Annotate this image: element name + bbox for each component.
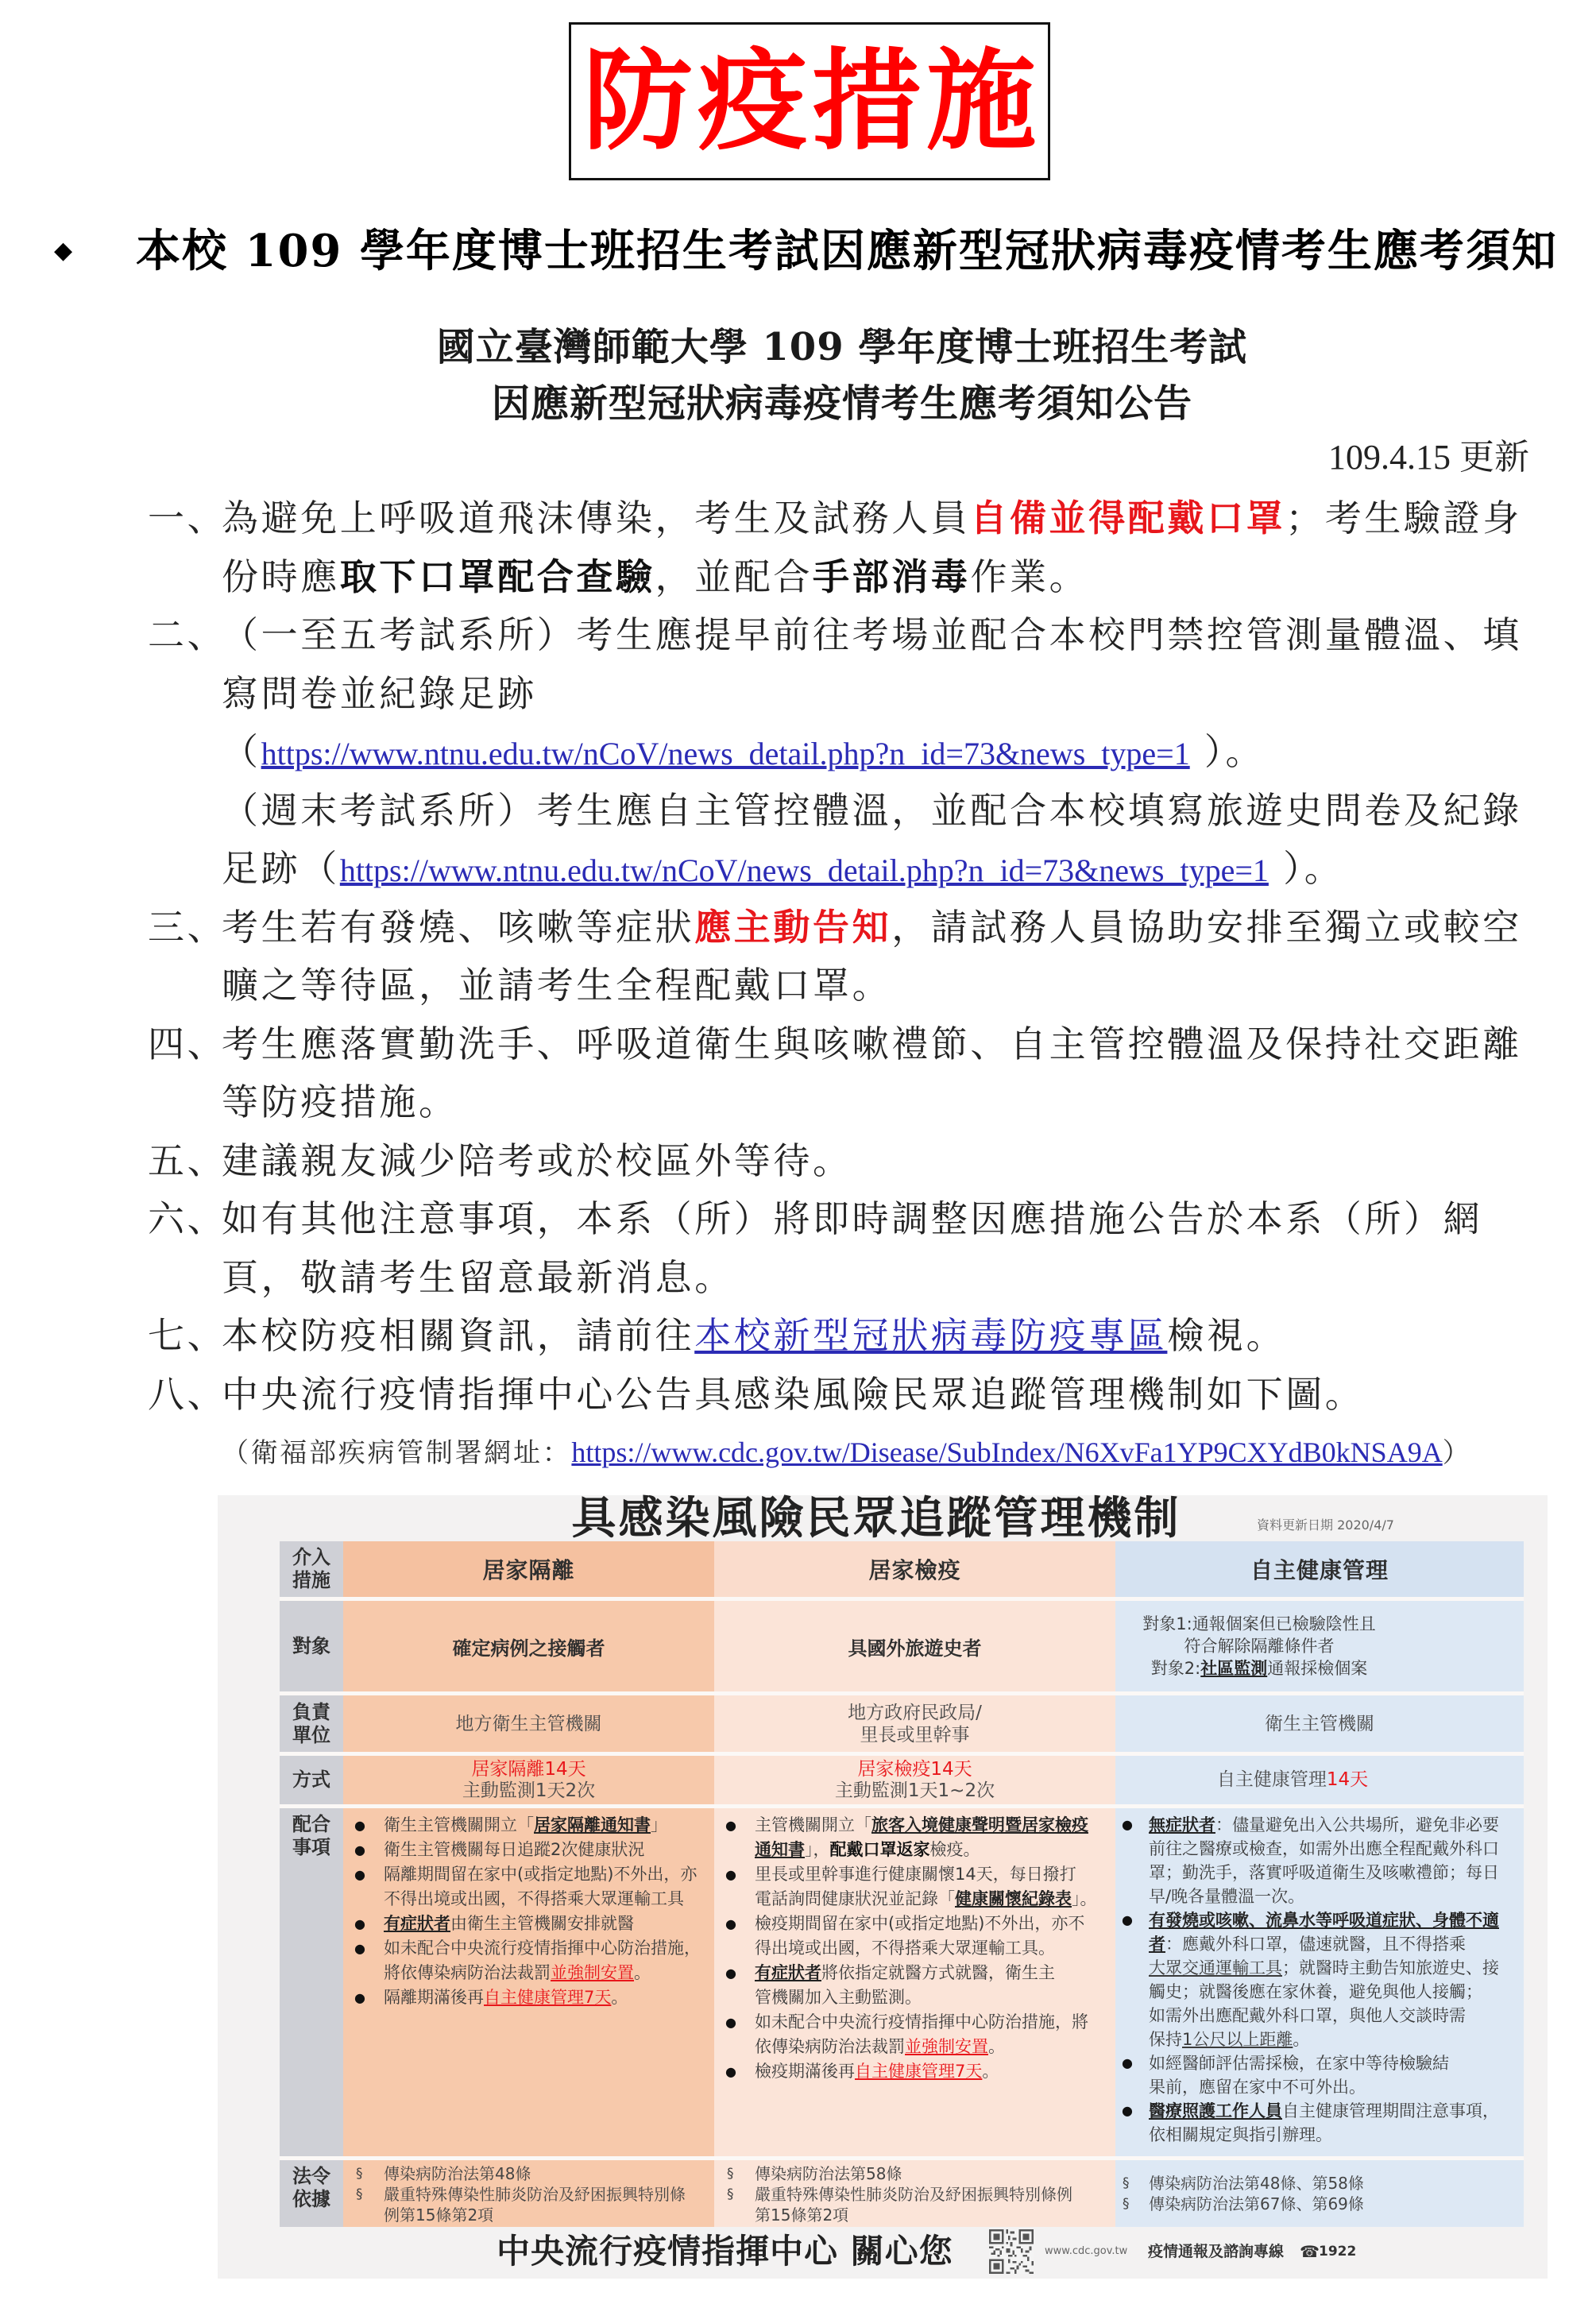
infographic-footer: 中央流行疫情指揮中心 關心您 www.cdc.gov.tw 疫情通報及諮詢專線 … bbox=[218, 2225, 1548, 2279]
bullet-dot-icon: ● bbox=[354, 1813, 365, 1838]
item-line: 本校防疫相關資訊，請前往本校新型冠狀病毒防疫專區檢視。 bbox=[222, 1307, 1285, 1366]
target-text: 對象2: bbox=[1151, 1659, 1200, 1678]
notice-item-2-continued: 寫問卷並紀錄足跡 bbox=[148, 665, 1546, 724]
note-emphasis: 有症狀者 bbox=[384, 1914, 450, 1933]
law-text: 傳染病防治法第48條 bbox=[384, 2163, 714, 2184]
note-text: 檢疫期滿後再 bbox=[755, 2062, 855, 2081]
notice-item-4-continued: 等防疫措施。 bbox=[148, 1073, 1546, 1132]
item-line: 考生應落實勤洗手、呼吸道衛生與咳嗽禮節、自主管控體溫及保持社交距離 bbox=[222, 1015, 1522, 1074]
item-marker: 一、 bbox=[148, 489, 226, 548]
item-text: ）。 bbox=[1190, 730, 1265, 773]
note-line: 得出境或出國，不得搭乘大眾運輸工具。 bbox=[755, 1936, 1115, 1961]
item-line: 如有其他注意事項，本系（所）將即時調整因應措施公告於本系（所）網 bbox=[222, 1190, 1482, 1249]
note-text: 衛生主管機關每日追蹤2次健康狀況 bbox=[384, 1840, 644, 1859]
note-line: 檢疫期滿後再自主健康管理7天。 bbox=[755, 2059, 1115, 2084]
note-text: 隔離期滿後再 bbox=[384, 1988, 484, 2007]
note-text: ） bbox=[1443, 1437, 1472, 1469]
label-text: 對象 bbox=[292, 1635, 330, 1658]
note-line: 隔離期滿後再自主健康管理7天。 bbox=[384, 1985, 714, 2010]
note-line: 觸史；就醫後應在家休養，避免與他人接觸； bbox=[1149, 1980, 1524, 2004]
item-line: 寫問卷並紀錄足跡 bbox=[222, 665, 537, 724]
note-line: 衛生主管機關開立「居家隔離通知書」 bbox=[384, 1813, 714, 1838]
note-line: 如需外出應配戴外科口罩，與他人交談時需 bbox=[1149, 2004, 1524, 2028]
note-bullet: ● 醫療照護工作人員自主健康管理期間注意事項， 依相關規定與指引辦理。 bbox=[1115, 2099, 1524, 2147]
item-marker: 四、 bbox=[148, 1015, 226, 1074]
label-text: 方式 bbox=[292, 1769, 330, 1792]
note-line: 電話詢問健康狀況並記錄「健康關懷紀錄表」。 bbox=[755, 1887, 1115, 1912]
law-quarantine: §傳染病防治法第58條 §嚴重特殊傳染性肺炎防治及紓困振興特別條例第15條第2項 bbox=[714, 2160, 1115, 2227]
item-text: （一至五考試系所）考生應提早前往考場並配合本校門禁控管測量體溫、填 bbox=[222, 613, 1522, 656]
note-line: 將依傳染病防治法裁罰並強制安置。 bbox=[384, 1961, 714, 1985]
method-quarantine: 居家檢疫14天主動監測1天1~2次 bbox=[714, 1756, 1115, 1804]
unit-text: 里長或里幹事 bbox=[860, 1724, 970, 1746]
bold-text: 手部消毒 bbox=[813, 555, 970, 598]
notice-updated-date: 109.4.15 更新 bbox=[1328, 429, 1529, 486]
method-text: 自主健康管理 bbox=[1217, 1769, 1327, 1790]
note-line: 罩；勤洗手，落實呼吸道衛生及咳嗽禮節；每日 bbox=[1149, 1861, 1524, 1885]
law-entry: §傳染病防治法第67條、第69條 bbox=[1115, 2194, 1524, 2214]
item-line: （週末考試系所）考生應自主管控體溫，並配合本校填寫旅遊史問卷及紀錄 bbox=[222, 782, 1522, 841]
note-line: 有症狀者由衛生主管機關安排就醫 bbox=[384, 1912, 714, 1936]
note-line: 無症狀者：儘量避免出入公共場所，避免非必要 bbox=[1149, 1813, 1524, 1837]
notes-isolation: ● 衛生主管機關開立「居家隔離通知書」 ● 衛生主管機關每日追蹤2次健康狀況 ●… bbox=[343, 1808, 714, 2156]
target-emphasis: 社區監測 bbox=[1200, 1659, 1267, 1678]
banner-title: 防疫措施 bbox=[578, 47, 1041, 157]
notice-item-5: 五、建議親友減少陪考或於校區外等待。 bbox=[148, 1132, 1546, 1191]
row-label-law: 法令依據 bbox=[280, 2160, 343, 2227]
row-label-target: 對象 bbox=[280, 1601, 343, 1691]
item-text: 本校防疫相關資訊，請前往 bbox=[222, 1314, 694, 1357]
item-line: 份時應取下口罩配合查驗，並配合手部消毒作業。 bbox=[222, 548, 1088, 607]
emphasis-text: 自備並得配戴口罩 bbox=[970, 497, 1285, 539]
notes-quarantine: ● 主管機關開立「旅客入境健康聲明暨居家檢疫 通知書」，配戴口罩返家檢疫。 ● … bbox=[714, 1808, 1115, 2156]
note-line: 管機關加入主動監測。 bbox=[755, 1985, 1115, 2010]
note-text: 。 bbox=[1293, 2030, 1309, 2049]
section-heading: ◆ 本校 109 學年度博士班招生考試因應新型冠狀病毒疫情考生應考須知 bbox=[0, 219, 1596, 283]
note-text: 保持 bbox=[1149, 2030, 1182, 2049]
item-marker: 三、 bbox=[148, 899, 226, 957]
diamond-bullet-icon: ◆ bbox=[54, 219, 72, 283]
target-text: 確定病例之接觸者 bbox=[453, 1633, 605, 1660]
notice-item-6: 六、如有其他注意事項，本系（所）將即時調整因應措施公告於本系（所）網 bbox=[148, 1190, 1546, 1249]
phone-icon: ☎ bbox=[1300, 2225, 1320, 2279]
ntnu-ncov-link[interactable]: https://www.ntnu.edu.tw/nCoV/news_detail… bbox=[261, 736, 1190, 771]
bullet-dot-icon: ● bbox=[1122, 1908, 1133, 1932]
note-bullet: ● 有發燒或咳嗽、流鼻水等呼吸道症狀、身體不適 者：應戴外科口罩，儘速就醫，且不… bbox=[1115, 1908, 1524, 2051]
note-text: 檢疫。 bbox=[930, 1840, 980, 1859]
item-text: 建議親友減少陪考或於校區外等待。 bbox=[222, 1139, 852, 1182]
item-line: 考生若有發燒、咳嗽等症狀應主動告知，請試務人員協助安排至獨立或較空 bbox=[222, 899, 1522, 957]
note-red-emphasis: 自主健康管理7天 bbox=[484, 1988, 611, 2007]
note-underline: 1公尺以上距離 bbox=[1182, 2030, 1293, 2049]
note-underline: 大眾交通運輸工具 bbox=[1149, 1958, 1282, 1977]
unit-self-health: 衛生主管機關 bbox=[1115, 1695, 1524, 1752]
note-text: 」。 bbox=[1072, 1889, 1097, 1908]
note-line: 有症狀者將依指定就醫方式就醫，衛生主 bbox=[755, 1961, 1115, 1985]
infographic-updated-date: 資料更新日期 2020/4/7 bbox=[1257, 1517, 1394, 1533]
note-emphasis: 有發燒或咳嗽、流鼻水等呼吸道症狀、身體不適 bbox=[1149, 1911, 1499, 1930]
note-text: 電話詢問健康狀況並記錄「 bbox=[755, 1889, 955, 1908]
notice-item-7: 七、本校防疫相關資訊，請前往本校新型冠狀病毒防疫專區檢視。 bbox=[148, 1307, 1546, 1366]
note-red-emphasis: 並強制安置 bbox=[905, 2037, 988, 2056]
note-text: 如需外出應配戴外科口罩，與他人交談時需 bbox=[1149, 2006, 1466, 2025]
note-line: 通知書」，配戴口罩返家檢疫。 bbox=[755, 1838, 1115, 1862]
notice-item-2-continued: （週末考試系所）考生應自主管控體溫，並配合本校填寫旅遊史問卷及紀錄 bbox=[148, 782, 1546, 841]
note-line: 如未配合中央流行疫情指揮中心防治措施，將 bbox=[755, 2010, 1115, 2035]
law-text: 嚴重特殊傳染性肺炎防治及紓困振興特別條例 bbox=[755, 2184, 1115, 2205]
item-text: 如有其他注意事項，本系（所）將即時調整因應措施公告於本系（所）網 bbox=[222, 1197, 1482, 1240]
bullet-dot-icon: ● bbox=[1122, 2051, 1133, 2075]
law-entry: §傳染病防治法第48條 bbox=[343, 2163, 714, 2184]
note-bullet: ● 主管機關開立「旅客入境健康聲明暨居家檢疫 通知書」，配戴口罩返家檢疫。 bbox=[714, 1813, 1115, 1862]
column-title: 自主健康管理 bbox=[1250, 1553, 1389, 1585]
note-line: 依傳染病防治法裁罰並強制安置。 bbox=[755, 2035, 1115, 2059]
note-text: 如未配合中央流行疫情指揮中心防治措施，將 bbox=[755, 2012, 1088, 2031]
note-bullet: ● 隔離期滿後再自主健康管理7天。 bbox=[343, 1985, 714, 2010]
label-text: 介入 bbox=[292, 1546, 330, 1569]
note-text: 果前，應留在家中不可外出。 bbox=[1149, 2078, 1366, 2097]
note-line: 如經醫師評估需採檢，在家中等待檢驗結 bbox=[1149, 2051, 1524, 2075]
law-entry: §嚴重特殊傳染性肺炎防治及紓困振興特別條例第15條第2項 bbox=[714, 2184, 1115, 2225]
label-text: 依據 bbox=[292, 2188, 330, 2211]
law-isolation: §傳染病防治法第48條 §嚴重特殊傳染性肺炎防治及紓困振興特別條例第15條第2項 bbox=[343, 2160, 714, 2227]
note-text: 將依指定就醫方式就醫，衛生主 bbox=[821, 1963, 1055, 1982]
item-text: 為避免上呼吸道飛沫傳染，考生及試務人員 bbox=[222, 497, 970, 539]
row-label-notes: 配合事項 bbox=[280, 1808, 343, 2156]
item-line: 中央流行疫情指揮中心公告具感染風險民眾追蹤管理機制如下圖。 bbox=[222, 1366, 1364, 1425]
note-emphasis: 健康關懷紀錄表 bbox=[955, 1889, 1072, 1908]
note-bullet: ● 檢疫期滿後再自主健康管理7天。 bbox=[714, 2059, 1115, 2084]
method-detail: 主動監測1天1~2次 bbox=[835, 1780, 995, 1802]
note-emphasis: 者 bbox=[1149, 1935, 1165, 1954]
notice-item-6-continued: 頁，敬請考生留意最新消息。 bbox=[148, 1249, 1546, 1308]
note-bullet: ● 檢疫期間留在家中(或指定地點)不外出，亦不 得出境或出國，不得搭乘大眾運輸工… bbox=[714, 1912, 1115, 1961]
note-line: 者：應戴外科口罩，儘速就醫，且不得搭乘 bbox=[1149, 1932, 1524, 1956]
note-text: 依相關規定與指引辦理。 bbox=[1149, 2125, 1332, 2144]
cdc-source-note: （衛福部疾病管制署網址：https://www.cdc.gov.tw/Disea… bbox=[148, 1424, 1546, 1483]
unit-quarantine: 地方政府民政局/里長或里幹事 bbox=[714, 1695, 1115, 1752]
note-red-emphasis: 並強制安置 bbox=[551, 1963, 634, 1982]
ntnu-ncov-link-weekend[interactable]: https://www.ntnu.edu.tw/nCoV/news_detail… bbox=[340, 852, 1269, 888]
note-text: 依傳染病防治法裁罰 bbox=[755, 2037, 905, 2056]
note-text: 將依傳染病防治法裁罰 bbox=[384, 1963, 551, 1982]
note-line: 主管機關開立「旅客入境健康聲明暨居家檢疫 bbox=[755, 1813, 1115, 1838]
cdc-link[interactable]: https://www.cdc.gov.tw/Disease/SubIndex/… bbox=[571, 1436, 1442, 1468]
note-line: 隔離期間留在家中(或指定地點)不外出，亦 bbox=[384, 1862, 714, 1887]
note-line: （衛福部疾病管制署網址：https://www.cdc.gov.tw/Disea… bbox=[222, 1424, 1471, 1483]
notice-item-3-continued: 曠之等待區，並請考生全程配戴口罩。 bbox=[148, 957, 1546, 1015]
notice-item-2: 二、（一至五考試系所）考生應提早前往考場並配合本校門禁控管測量體溫、填 bbox=[148, 606, 1546, 665]
item-line: 頁，敬請考生留意最新消息。 bbox=[222, 1249, 734, 1308]
unit-isolation: 地方衛生主管機關 bbox=[343, 1695, 714, 1752]
bullet-dot-icon: ● bbox=[354, 1936, 365, 1961]
item-text: 寫問卷並紀錄足跡 bbox=[222, 672, 537, 715]
law-text: 嚴重特殊傳染性肺炎防治及紓困振興特別條 bbox=[384, 2184, 714, 2205]
method-isolation: 居家隔離14天主動監測1天2次 bbox=[343, 1756, 714, 1804]
item-text: ）。 bbox=[1269, 847, 1343, 890]
law-entry: §傳染病防治法第58條 bbox=[714, 2163, 1115, 2184]
column-title: 居家隔離 bbox=[482, 1553, 574, 1585]
item-line: 曠之等待區，並請考生全程配戴口罩。 bbox=[222, 957, 891, 1015]
item-text: 檢視。 bbox=[1167, 1314, 1285, 1357]
note-line: 如未配合中央流行疫情指揮中心防治措施， bbox=[384, 1936, 714, 1961]
note-bullet: ● 有症狀者由衛生主管機關安排就醫 bbox=[343, 1912, 714, 1936]
method-highlight: 居家檢疫14天 bbox=[857, 1759, 972, 1780]
column-header-quarantine: 居家檢疫 bbox=[714, 1541, 1115, 1597]
note-bullet: ● 隔離期間留在家中(或指定地點)不外出，亦 不得出境或出國，不得搭乘大眾運輸工… bbox=[343, 1862, 714, 1912]
note-line: 大眾交通運輸工具；就醫時主動告知旅遊史、接 bbox=[1149, 1956, 1524, 1980]
note-text: 得出境或出國，不得搭乘大眾運輸工具。 bbox=[755, 1939, 1055, 1958]
note-text: 由衛生主管機關安排就醫 bbox=[450, 1914, 634, 1933]
note-text: ：應戴外科口罩，儘速就醫，且不得搭乘 bbox=[1165, 1935, 1466, 1954]
bullet-dot-icon: ● bbox=[1122, 1813, 1133, 1837]
note-bullet: ● 有症狀者將依指定就醫方式就醫，衛生主 管機關加入主動監測。 bbox=[714, 1961, 1115, 2010]
note-red-emphasis: 自主健康管理7天 bbox=[855, 2062, 982, 2081]
note-line: 檢疫期間留在家中(或指定地點)不外出，亦不 bbox=[755, 1912, 1115, 1936]
notice-item-2-link-line: 足跡（https://www.ntnu.edu.tw/nCoV/news_det… bbox=[148, 840, 1546, 899]
item-text: 作業。 bbox=[970, 555, 1088, 598]
law-entry: §嚴重特殊傳染性肺炎防治及紓困振興特別條例第15條第2項 bbox=[343, 2184, 714, 2225]
bullet-dot-icon: ● bbox=[354, 1862, 365, 1887]
note-text: 觸史；就醫後應在家休養，避免與他人接觸； bbox=[1149, 1982, 1482, 2001]
note-emphasis: 通知書 bbox=[755, 1840, 805, 1859]
bullet-dot-icon: ● bbox=[354, 1912, 365, 1936]
unit-text: 衛生主管機關 bbox=[1265, 1713, 1374, 1735]
item-text: 足跡（ bbox=[222, 847, 340, 890]
note-line: 醫療照護工作人員自主健康管理期間注意事項， bbox=[1149, 2099, 1524, 2123]
method-line: 自主健康管理14天 bbox=[1217, 1769, 1368, 1791]
item-line: （https://www.ntnu.edu.tw/nCoV/news_detai… bbox=[222, 723, 1265, 783]
note-bullet: ● 如經醫師評估需採檢，在家中等待檢驗結 果前，應留在家中不可外出。 bbox=[1115, 2051, 1524, 2099]
notice-item-8: 八、中央流行疫情指揮中心公告具感染風險民眾追蹤管理機制如下圖。 bbox=[148, 1366, 1546, 1425]
note-emphasis: 居家隔離通知書 bbox=[534, 1815, 651, 1834]
note-line: 保持1公尺以上距離。 bbox=[1149, 2028, 1524, 2051]
note-bullet: ● 如未配合中央流行疫情指揮中心防治措施， 將依傳染病防治法裁罰並強制安置。 bbox=[343, 1936, 714, 1985]
method-highlight: 14天 bbox=[1327, 1769, 1368, 1790]
notice-item-1-continued: 份時應取下口罩配合查驗，並配合手部消毒作業。 bbox=[148, 548, 1546, 607]
note-text: 。 bbox=[634, 1963, 651, 1982]
notice-title-line-2: 因應新型冠狀病毒疫情考生應考須知公告 bbox=[148, 376, 1536, 431]
item-text: ，請試務人員協助安排至獨立或較空 bbox=[891, 906, 1522, 949]
bullet-dot-icon: ● bbox=[725, 1862, 736, 1887]
note-bullet: ● 如未配合中央流行疫情指揮中心防治措施，將 依傳染病防治法裁罰並強制安置。 bbox=[714, 2010, 1115, 2059]
notice-items: 一、為避免上呼吸道飛沫傳染，考生及試務人員自備並得配戴口罩；考生驗證身 份時應取… bbox=[148, 489, 1546, 1483]
note-text: 。 bbox=[611, 1988, 628, 2007]
item-text: ；考生驗證身 bbox=[1285, 497, 1522, 539]
section-mark-icon: § bbox=[727, 2163, 734, 2184]
hotline-number: 1922 bbox=[1319, 2225, 1356, 2279]
method-highlight: 居家隔離14天 bbox=[471, 1759, 585, 1780]
note-text: 」， bbox=[805, 1840, 830, 1859]
item-text: 考生應落實勤洗手、呼吸道衛生與咳嗽禮節、自主管控體溫及保持社交距離 bbox=[222, 1022, 1522, 1065]
notes-self-health: ● 無症狀者：儘量避免出入公共場所，避免非必要 前往之醫療或檢查，如需外出應全程… bbox=[1115, 1808, 1524, 2156]
row-label-measure: 介入措施 bbox=[280, 1541, 343, 1597]
emphasis-text: 應主動告知 bbox=[694, 906, 891, 949]
target-isolation: 確定病例之接觸者 bbox=[343, 1601, 714, 1691]
item-marker: 七、 bbox=[148, 1307, 226, 1366]
target-text: 具國外旅遊史者 bbox=[848, 1633, 982, 1660]
row-label-method: 方式 bbox=[280, 1756, 343, 1804]
label-text: 法令 bbox=[292, 2165, 330, 2188]
column-header-self-health: 自主健康管理 bbox=[1115, 1541, 1524, 1597]
note-emphasis: 醫療照護工作人員 bbox=[1149, 2101, 1282, 2120]
item-text: 頁，敬請考生留意最新消息。 bbox=[222, 1256, 734, 1299]
note-text: 罩；勤洗手，落實呼吸道衛生及咳嗽禮節；每日 bbox=[1149, 1863, 1499, 1882]
notice-title-line-1: 國立臺灣師範大學 109 學年度博士班招生考試 bbox=[148, 319, 1536, 375]
heading-text: 本校 109 學年度博士班招生考試因應新型冠狀病毒疫情考生應考須知 bbox=[136, 219, 1558, 283]
note-text: 隔離期間留在家中(或指定地點)不外出，亦 bbox=[384, 1865, 697, 1884]
unit-text: 地方衛生主管機關 bbox=[456, 1713, 602, 1735]
notice-item-1: 一、為避免上呼吸道飛沫傳染，考生及試務人員自備並得配戴口罩；考生驗證身 bbox=[148, 489, 1546, 548]
note-text: 主管機關開立「 bbox=[755, 1815, 871, 1834]
item-line: 為避免上呼吸道飛沫傳染，考生及試務人員自備並得配戴口罩；考生驗證身 bbox=[222, 489, 1522, 548]
label-text: 事項 bbox=[292, 1836, 330, 1859]
method-detail: 主動監測1天2次 bbox=[462, 1780, 595, 1802]
section-mark-icon: § bbox=[1123, 2194, 1130, 2214]
note-bullet: ● 無症狀者：儘量避免出入公共場所，避免非必要 前往之醫療或檢查，如需外出應全程… bbox=[1115, 1813, 1524, 1908]
law-text: 第15條第2項 bbox=[755, 2205, 1115, 2225]
note-text: 自主健康管理期間注意事項， bbox=[1282, 2101, 1499, 2120]
note-line: 早/晚各量體溫一次。 bbox=[1149, 1885, 1524, 1908]
law-text: 傳染病防治法第58條 bbox=[755, 2163, 1115, 2184]
qr-code-icon bbox=[989, 2228, 1034, 2275]
target-text: 符合解除隔離條件者 bbox=[1184, 1637, 1335, 1656]
item-text: （週末考試系所）考生應自主管控體溫，並配合本校填寫旅遊史問卷及紀錄 bbox=[222, 789, 1522, 832]
bullet-dot-icon: ● bbox=[354, 1838, 365, 1862]
infographic-table: 介入措施 居家隔離 居家檢疫 自主健康管理 對象 確定病例之接觸者 具國外旅遊史… bbox=[280, 1541, 1524, 2227]
law-text: 例第15條第2項 bbox=[384, 2205, 714, 2225]
note-text: ；就醫時主動告知旅遊史、接 bbox=[1282, 1958, 1499, 1977]
item-text: 考生若有發燒、咳嗽等症狀 bbox=[222, 906, 694, 949]
note-text: ：儘量避免出入公共場所，避免非必要 bbox=[1215, 1815, 1499, 1834]
hotline-label: 疫情通報及諮詢專線 bbox=[1148, 2225, 1284, 2279]
bullet-dot-icon: ● bbox=[725, 1912, 736, 1936]
note-bold: 配戴口罩返家 bbox=[830, 1840, 930, 1859]
note-emphasis: 有症狀者 bbox=[755, 1963, 821, 1982]
item-text: 份時應 bbox=[222, 555, 340, 598]
note-text: 管機關加入主動監測。 bbox=[755, 1988, 922, 2007]
column-header-isolation: 居家隔離 bbox=[343, 1541, 714, 1597]
cdc-website-text: www.cdc.gov.tw bbox=[1045, 2225, 1127, 2279]
notice-item-2-link-line: （https://www.ntnu.edu.tw/nCoV/news_detai… bbox=[148, 723, 1546, 782]
note-line: 依相關規定與指引辦理。 bbox=[1149, 2123, 1524, 2147]
item-text: 中央流行疫情指揮中心公告具感染風險民眾追蹤管理機制如下圖。 bbox=[222, 1373, 1364, 1416]
item-line: 等防疫措施。 bbox=[222, 1073, 458, 1132]
target-line: 符合解除隔離條件者 bbox=[1184, 1635, 1335, 1657]
note-emphasis: 無症狀者 bbox=[1149, 1815, 1215, 1834]
target-lines: 對象1:通報個案但已檢驗陰性且 符合解除隔離條件者 對象2:社區監測通報採檢個案 bbox=[1115, 1601, 1403, 1691]
section-mark-icon: § bbox=[1123, 2173, 1130, 2194]
section-mark-icon: § bbox=[356, 2184, 363, 2205]
method-self-health: 自主健康管理14天 bbox=[1115, 1756, 1524, 1804]
target-self-health: 對象1:通報個案但已檢驗陰性且 符合解除隔離條件者 對象2:社區監測通報採檢個案 bbox=[1115, 1601, 1524, 1691]
banner-box: 防疫措施 bbox=[569, 22, 1050, 180]
note-text: 」 bbox=[651, 1815, 667, 1834]
cecc-slogan: 中央流行疫情指揮中心 關心您 bbox=[497, 2225, 953, 2279]
note-text: 不得出境或出國，不得搭乘大眾運輸工具 bbox=[384, 1889, 684, 1908]
note-line: 衛生主管機關每日追蹤2次健康狀況 bbox=[384, 1838, 714, 1862]
bullet-dot-icon: ● bbox=[354, 1985, 365, 2010]
item-line: （一至五考試系所）考生應提早前往考場並配合本校門禁控管測量體溫、填 bbox=[222, 606, 1522, 665]
note-text: 檢疫期間留在家中(或指定地點)不外出，亦不 bbox=[755, 1914, 1084, 1933]
tracking-mechanism-infographic: 具感染風險民眾追蹤管理機制 資料更新日期 2020/4/7 介入措施 居家隔離 … bbox=[218, 1495, 1548, 2279]
bullet-dot-icon: ● bbox=[1122, 2099, 1133, 2123]
note-text: 早/晚各量體溫一次。 bbox=[1149, 1887, 1304, 1906]
item-line: 建議親友減少陪考或於校區外等待。 bbox=[222, 1132, 852, 1191]
note-emphasis: 旅客入境健康聲明暨居家檢疫 bbox=[871, 1815, 1088, 1834]
label-text: 措施 bbox=[292, 1569, 330, 1592]
item-text: 曠之等待區，並請考生全程配戴口罩。 bbox=[222, 964, 891, 1007]
note-line: 前往之醫療或檢查，如需外出應全程配戴外科口 bbox=[1149, 1837, 1524, 1861]
item-marker: 六、 bbox=[148, 1190, 226, 1249]
note-text: 衛生主管機關開立「 bbox=[384, 1815, 534, 1834]
bullet-dot-icon: ● bbox=[725, 2010, 736, 2035]
note-text: 如經醫師評估需採檢，在家中等待檢驗結 bbox=[1149, 2054, 1449, 2073]
item-marker: 五、 bbox=[148, 1132, 226, 1191]
note-text: 。 bbox=[988, 2037, 1005, 2056]
bullet-dot-icon: ● bbox=[725, 1813, 736, 1838]
notice-item-4: 四、考生應落實勤洗手、呼吸道衛生與咳嗽禮節、自主管控體溫及保持社交距離 bbox=[148, 1015, 1546, 1074]
item-marker: 八、 bbox=[148, 1366, 226, 1425]
target-line: 對象2:社區監測通報採檢個案 bbox=[1151, 1657, 1367, 1680]
section-mark-icon: § bbox=[727, 2184, 734, 2205]
note-line: 果前，應留在家中不可外出。 bbox=[1149, 2075, 1524, 2099]
item-text: 等防疫措施。 bbox=[222, 1080, 458, 1123]
column-title: 居家檢疫 bbox=[868, 1553, 960, 1585]
note-text: 如未配合中央流行疫情指揮中心防治措施， bbox=[384, 1939, 701, 1958]
note-text: 前往之醫療或檢查，如需外出應全程配戴外科口 bbox=[1149, 1839, 1499, 1858]
label-text: 單位 bbox=[292, 1724, 330, 1747]
note-bullet: ● 衛生主管機關開立「居家隔離通知書」 bbox=[343, 1813, 714, 1838]
target-quarantine: 具國外旅遊史者 bbox=[714, 1601, 1115, 1691]
bullet-dot-icon: ● bbox=[725, 2059, 736, 2084]
item-text: ，並配合 bbox=[655, 555, 813, 598]
bullet-dot-icon: ● bbox=[725, 1961, 736, 1985]
target-line: 對象1:通報個案但已檢驗陰性且 bbox=[1142, 1613, 1375, 1635]
item-marker: 二、 bbox=[148, 606, 226, 665]
note-bullet: ● 里長或里幹事進行健康關懷14天，每日撥打 電話詢問健康狀況並記錄「健康關懷紀… bbox=[714, 1862, 1115, 1912]
label-text: 配合 bbox=[292, 1813, 330, 1836]
item-line: 足跡（https://www.ntnu.edu.tw/nCoV/news_det… bbox=[222, 840, 1343, 900]
law-text: 傳染病防治法第67條、第69條 bbox=[1149, 2194, 1524, 2214]
label-text: 負責 bbox=[292, 1701, 330, 1724]
target-text: 通報採檢個案 bbox=[1267, 1659, 1367, 1678]
law-entry: §傳染病防治法第48條、第58條 bbox=[1115, 2173, 1524, 2194]
ncov-zone-link[interactable]: 本校新型冠狀病毒防疫專區 bbox=[694, 1314, 1167, 1357]
note-line: 不得出境或出國，不得搭乘大眾運輸工具 bbox=[384, 1887, 714, 1912]
item-text: （ bbox=[222, 730, 261, 773]
row-label-unit: 負責單位 bbox=[280, 1695, 343, 1752]
target-text: 對象1:通報個案但已檢驗陰性且 bbox=[1142, 1614, 1375, 1633]
note-text: 。 bbox=[982, 2062, 999, 2081]
note-text: 里長或里幹事進行健康關懷14天，每日撥打 bbox=[755, 1865, 1076, 1884]
note-text: （衛福部疾病管制署網址： bbox=[222, 1437, 571, 1469]
law-self-health: §傳染病防治法第48條、第58條 §傳染病防治法第67條、第69條 bbox=[1115, 2160, 1524, 2227]
note-line: 里長或里幹事進行健康關懷14天，每日撥打 bbox=[755, 1862, 1115, 1887]
note-bullet: ● 衛生主管機關每日追蹤2次健康狀況 bbox=[343, 1838, 714, 1862]
section-mark-icon: § bbox=[356, 2163, 363, 2184]
unit-text: 地方政府民政局/ bbox=[848, 1702, 982, 1724]
law-text: 傳染病防治法第48條、第58條 bbox=[1149, 2173, 1524, 2194]
notice-item-3: 三、考生若有發燒、咳嗽等症狀應主動告知，請試務人員協助安排至獨立或較空 bbox=[148, 899, 1546, 957]
bold-text: 取下口罩配合查驗 bbox=[340, 555, 655, 598]
note-line: 有發燒或咳嗽、流鼻水等呼吸道症狀、身體不適 bbox=[1149, 1908, 1524, 1932]
